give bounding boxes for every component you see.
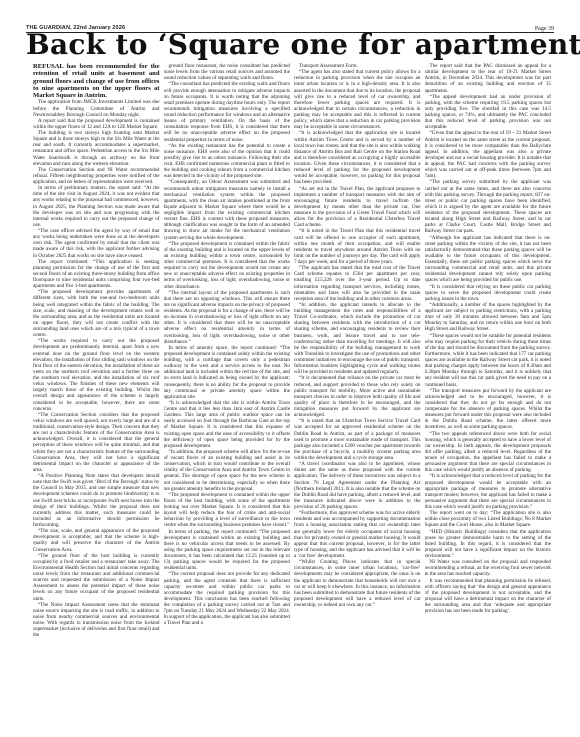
article-paragraph: “The proposed development is contained w…: [164, 241, 291, 290]
article-paragraph: A report said that the proposed developm…: [33, 118, 160, 130]
article-paragraph: “It is noted in the Travel Plan that thi…: [294, 228, 421, 265]
article-paragraph: “The size, scale, and general appearance…: [33, 528, 160, 553]
article-column-4: The report said that the PAC dismissed a…: [425, 63, 552, 733]
article-paragraph: It was recommended that planning permiss…: [425, 578, 552, 615]
article-paragraph: The application from JMCK Investments Li…: [33, 99, 160, 117]
article-paragraph: The report said that the PAC dismissed a…: [425, 63, 552, 94]
article-paragraph: “In addition, the applicant intends to a…: [294, 302, 421, 376]
article-paragraph: “The consultant has predicted the existi…: [164, 81, 291, 142]
article-paragraph: “The appeal development had an under pro…: [425, 94, 552, 131]
article-paragraph: “The transport measures put forward by t…: [425, 388, 552, 431]
article-paragraph: “The proposed development provides apart…: [33, 289, 160, 338]
article-paragraph: “The applicant has stated that the total…: [294, 265, 421, 302]
article-lede: REFUSAL has been recommended for the ret…: [33, 63, 160, 99]
article-paragraph: NI Water was consulted on the proposal a…: [425, 559, 552, 577]
article-body: REFUSAL has been recommended for the ret…: [33, 63, 551, 733]
article-paragraph: “A Positive Planning Note states that de…: [33, 473, 160, 528]
article-paragraph: “A travel coordinator was also to be app…: [294, 461, 421, 510]
newspaper-page: THE GUARDIAN, 22nd January 2026 Page 39 …: [0, 0, 580, 737]
article-paragraph: “The parking survey submitted by the app…: [425, 179, 552, 234]
article-paragraph: “The two appeals referenced above were b…: [425, 431, 552, 474]
article-paragraph: The report went on to day: “The applicat…: [425, 510, 552, 528]
article-paragraph: “The internal layout of the proposed apa…: [164, 290, 291, 345]
article-paragraph: “Although the applicant has indicated th…: [425, 235, 552, 284]
article-paragraph: “Additionally, a number of the spaces hi…: [425, 302, 552, 333]
article-paragraph: In terms of parking, the report continue…: [164, 529, 291, 572]
article-paragraph: “It is acknowledged that the application…: [294, 130, 421, 185]
article-paragraph: “HED (Historic Buildings) considers that…: [425, 529, 552, 560]
article-paragraph: “The current proposal does not provide f…: [164, 571, 291, 626]
article-paragraph: “The agent has also stated that current …: [294, 69, 421, 130]
article-paragraph: ground floor restaurant, the noise consu…: [164, 63, 291, 81]
article-paragraph: “It is noted that an Ulsterbus Town Serv…: [294, 418, 421, 461]
article-paragraph: “These spaces would not be suitable for …: [425, 333, 552, 388]
article-paragraph: “As set out in the Travel Plan, the appl…: [294, 186, 421, 229]
article-paragraph: “It is acknowledged that a reduced level…: [425, 473, 552, 510]
article-paragraph: “The case officer advised the agent by w…: [33, 228, 160, 259]
article-paragraph: “Furthermore, this approved scheme was f…: [294, 510, 421, 559]
article-paragraph: “Consequently, an Odour Assessment was s…: [164, 179, 291, 240]
article-paragraph: “Given that the appeal to the rear of 19…: [425, 130, 552, 179]
article-paragraph: “It is acknowledged that the site is wit…: [164, 400, 291, 449]
article-paragraph: “Whilst Creating Places indicates that i…: [294, 559, 421, 608]
article-paragraph: “The proposed development is contained w…: [164, 492, 291, 529]
article-paragraph: “The Conservation Section considers that…: [33, 412, 160, 473]
article-headline: Back to ‘Square one for apartment plans?: [26, 30, 554, 60]
article-paragraph: “In addition, the proposed scheme will a…: [164, 449, 291, 492]
article-column-2: ground floor restaurant, the noise consu…: [164, 63, 291, 733]
article-paragraph: “The works required to carry out the pro…: [33, 338, 160, 412]
article-paragraph: The building is two storeys high frontin…: [33, 130, 160, 167]
article-paragraph: “It is documented that reliance on the p…: [294, 375, 421, 418]
article-paragraph: “As the existing restaurant has the pote…: [164, 143, 291, 180]
article-paragraph: “It is considered that relying on these …: [425, 284, 552, 302]
article-paragraph: The report continued: “This application …: [33, 259, 160, 290]
article-paragraph: “The ground floor of the host building i…: [33, 553, 160, 602]
article-column-1: REFUSAL has been recommended for the ret…: [33, 63, 160, 733]
article-paragraph: “The Noise Impact Assessment notes that …: [33, 602, 160, 639]
article-paragraph: In terms of preliminary matters, the rep…: [33, 185, 160, 228]
article-paragraph: In terms of amenity space, the report co…: [164, 345, 291, 400]
article-paragraph: The Conservation Section and NI Water re…: [33, 167, 160, 185]
article-column-3: Transport Assessment Form.“The agent has…: [294, 63, 421, 733]
